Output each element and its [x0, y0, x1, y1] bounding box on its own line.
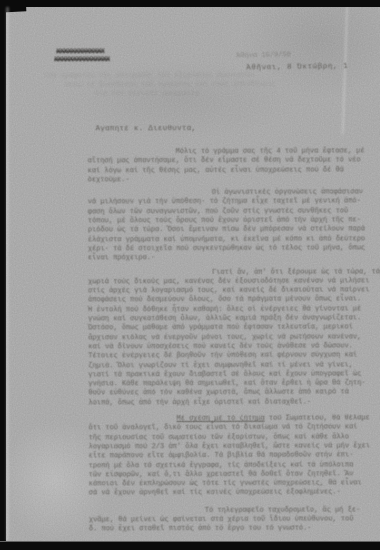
ghost-bleedthrough-line: πρός τή διεύθυνση τοῦ τμήματος καί τούς …	[65, 81, 275, 91]
letter-paragraph: Τό τηλεγραφεῖο ταχυδρομεῖο, ἄς μή ξε-χνᾶ…	[89, 506, 380, 535]
letter-paragraph: Μόλις τό γράμμα σας τῆς 4 τοῦ μήνα ἔφτασ…	[88, 147, 380, 185]
letter-content: ΧΧΧΧΧΧΧΧΧΧΧΧΧ ΧΧΧΧΧΧΧΧΧΧΧΧΧΧΧ Ἀθήνα 16/9…	[0, 0, 380, 550]
crossed-out-letterhead-line-2: ΧΧΧΧΧΧΧΧΧΧΧΧΧΧΧ	[54, 56, 110, 65]
dateline: Ἀθῆναι, 8 Ὀκτώβρη, 1	[246, 63, 348, 74]
ghost-bleedthrough-line: διά τοῦ γενικοῦ γραμματέα	[94, 90, 199, 99]
letter-line: σά νά ἔχουν ἀρνηθεῖ καί τίς κοινές ὑποχρ…	[89, 489, 380, 499]
scanned-letter-page: ΧΧΧΧΧΧΧΧΧΧΧΧΧ ΧΧΧΧΧΧΧΧΧΧΧΧΧΧΧ Ἀθήνα 16/9…	[0, 0, 380, 550]
scanner-edge-top	[0, 0, 380, 7]
reference-note: Ἀθήνα 16/9/50	[236, 51, 291, 61]
letter-line: λοιπά, ὅπως ἀπό τήν ἀρχή εἶχε ὁριστεῖ κα…	[88, 398, 380, 408]
salutation: Ἀγαπητέ κ. Διευθυντά,	[95, 125, 196, 134]
scanner-edge-bottom	[0, 541, 380, 550]
paper-edge-highlight	[6, 7, 9, 541]
letter-line: δεχτοῦμε.-	[88, 175, 380, 185]
letter-paragraph: Οἱ ἀγωνιστικές ὀργανώσεις ἀποφάσισαννά μ…	[88, 189, 380, 264]
letter-line: δ. πού ἔχει σταθεῖ πιστός ἀπό τό ἔργο το…	[89, 525, 380, 535]
letter-line: εἶναι πρόχειρα.-	[88, 254, 380, 264]
letter-paragraph: Γιατί ἄν, ἀπ' ὅτι ξέρουμε ὡς τά τώρα, τά…	[88, 268, 380, 408]
letter-body: Μόλις τό γράμμα σας τῆς 4 τοῦ μήνα ἔφτασ…	[88, 147, 380, 535]
letter-paragraph: Μέ σχέση μέ τό ζήτημα τοῦ Σωματείου, θά …	[88, 414, 380, 499]
underlined-phrase: Μέ σχέση μέ τό ζήτημα	[176, 415, 264, 423]
